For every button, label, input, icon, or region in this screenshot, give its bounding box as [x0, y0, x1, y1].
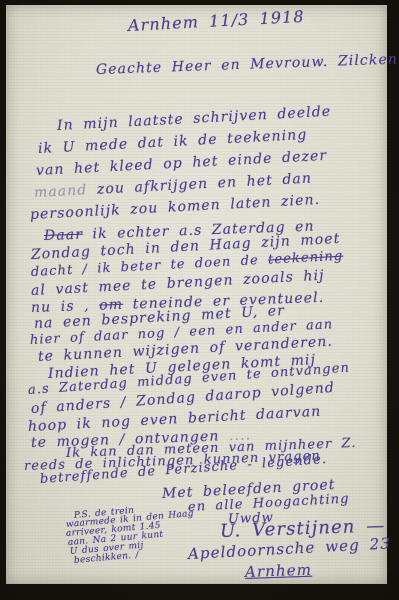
- salutation: Geachte Heer en Mevrouw. Zilcken: [96, 51, 398, 78]
- address-line: Apeldoornsche weg 23: [188, 534, 392, 563]
- dateline: Arnhem 11/3 1918: [128, 7, 306, 35]
- address-city: Arnhem: [245, 561, 313, 581]
- letter-lines: Arnhem 11/3 1918Geachte Heer en Mevrouw.…: [0, 0, 399, 600]
